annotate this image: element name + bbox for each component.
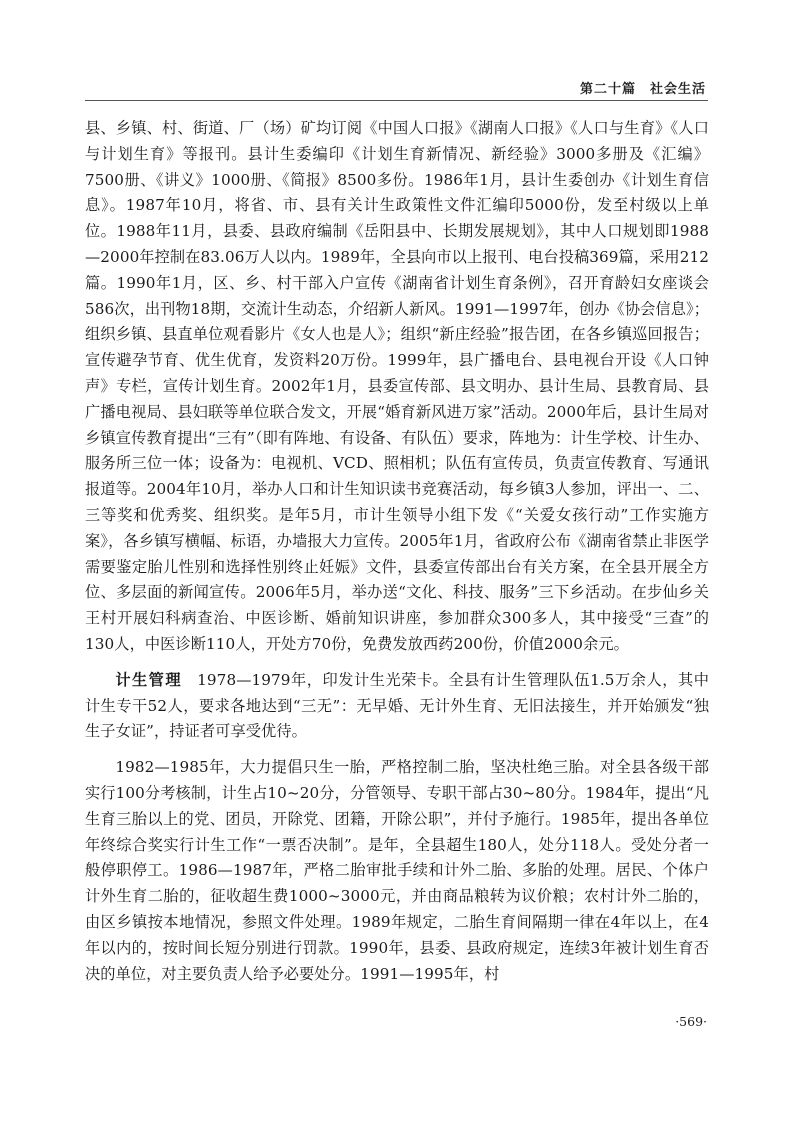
paragraph-text: 县、乡镇、村、街道、厂（场）矿均订阅《中国人口报》《湖南人口报》《人口与生育》《…: [85, 119, 709, 653]
running-header: 第二十篇 社会生活: [85, 70, 708, 101]
section-title: 第二十篇 社会生活: [580, 78, 706, 97]
paragraph-management: 计生管理1978—1979年，印发计生光荣卡。全县有计生管理队伍1.5万余人，其…: [85, 668, 709, 745]
paragraph-propaganda: 县、乡镇、村、街道、厂（场）矿均订阅《中国人口报》《湖南人口报》《人口与生育》《…: [85, 116, 709, 658]
paragraph-policy: 1982—1985年，大力提倡只生一胎，严格控制二胎，坚决杜绝三胎。对全县各级干…: [85, 755, 709, 987]
page-number: ·569·: [675, 1014, 707, 1029]
run-in-heading: 计生管理: [115, 671, 182, 689]
body-text: 县、乡镇、村、街道、厂（场）矿均订阅《中国人口报》《湖南人口报》《人口与生育》《…: [85, 116, 709, 997]
paragraph-text: 1982—1985年，大力提倡只生一胎，严格控制二胎，坚决杜绝三胎。对全县各级干…: [85, 758, 709, 982]
